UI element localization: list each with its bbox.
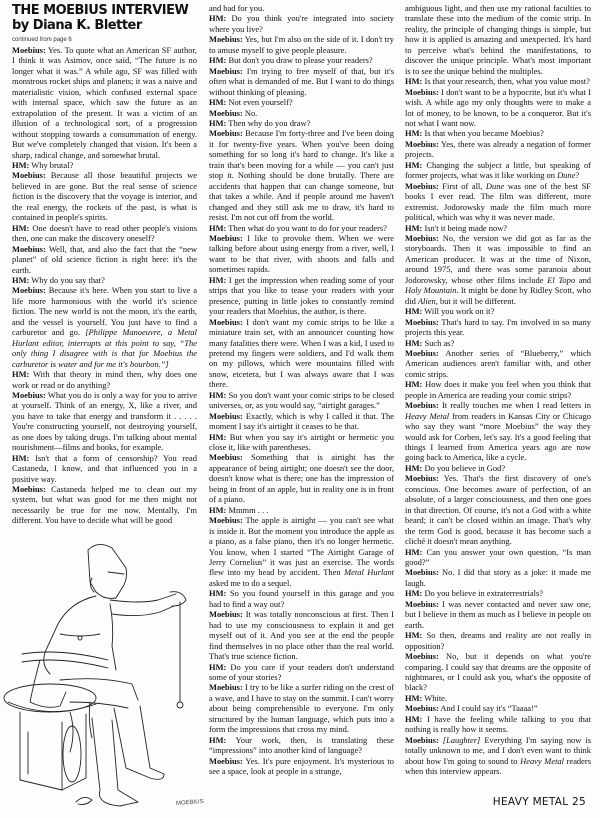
interviewer-question: HM: But when you say it's airtight or he…: [209, 432, 394, 453]
paragraph-text: Is that when you became Moebius?: [422, 128, 543, 138]
speaker-label: Moebius:: [12, 45, 46, 55]
paragraph-text: Then what do you want to do for your rea…: [226, 223, 387, 233]
moebius-answer: Moebius: Well, that, and also the fact t…: [12, 244, 197, 275]
paragraph-text: Can you answer your own question, “Is ma…: [405, 547, 591, 567]
speaker-label: Moebius:: [12, 484, 46, 494]
speaker-label: Moebius:: [209, 609, 243, 619]
speaker-label: HM:: [209, 432, 226, 442]
speaker-label: HM:: [405, 463, 422, 473]
interviewer-question: HM: But don't you draw to please your re…: [209, 55, 394, 65]
column-2: and bad for you.HM: Do you think you're …: [209, 3, 394, 777]
paragraph-text: I have the feeling while talking to you …: [405, 714, 591, 734]
speaker-label: Moebius:: [209, 34, 243, 44]
italic-title: Heavy Metal: [405, 411, 449, 421]
moebius-answer: Moebius: No. I did that story as a joke:…: [405, 567, 591, 588]
moebius-answer: Moebius: First of all, Dune was one of t…: [405, 181, 591, 223]
interviewer-question: HM: Is that your research, then, what yo…: [405, 76, 591, 86]
moebius-answer: Moebius: Yes, there was already a negati…: [405, 139, 591, 160]
paragraph-text: Such as?: [422, 338, 454, 348]
interviewer-question: HM: So then, dreams and reality are not …: [405, 630, 591, 651]
moebius-answer: Moebius: The apple is airtight — you can…: [209, 515, 394, 588]
paragraph-text: Not even yourself?: [226, 97, 292, 107]
italic-title: Metal Hurlant: [344, 567, 394, 577]
column-1: THE MOEBIUS INTERVIEW by Diana K. Blette…: [12, 4, 197, 526]
paragraph-text: White.: [422, 693, 447, 703]
interviewer-question: HM: Will you work on it?: [405, 306, 591, 316]
interviewer-question: HM: One doesn't have to read other peopl…: [12, 223, 197, 244]
speaker-label: Moebius:: [405, 599, 439, 609]
moebius-answer: Moebius: Another series of “Blueberry,” …: [405, 348, 591, 379]
interviewer-question: HM: Do you care if your readers don't un…: [209, 662, 394, 683]
speaker-label: Moebius:: [405, 348, 439, 358]
moebius-answer: Moebius: Because it's here. When you sta…: [12, 285, 197, 369]
interviewer-question: HM: Such as?: [405, 338, 591, 348]
moebius-answer: Moebius: Yes. It's pure enjoyment. It's …: [209, 756, 394, 777]
paragraph-text: Do you care if your readers don't unders…: [209, 662, 394, 682]
interviewer-question: HM: Mmmm . . .: [209, 505, 394, 515]
speaker-label: Moebius:: [209, 108, 243, 118]
speaker-label: HM:: [209, 55, 226, 65]
italic-title: [Laughter]: [443, 735, 481, 745]
column-3: ambiguous light, and then use my rationa…: [405, 3, 591, 777]
moebius-answer: Moebius: Yes, but I'm also on the side o…: [209, 34, 394, 55]
paragraph-text: Will you work on it?: [422, 306, 494, 316]
speaker-label: Moebius:: [209, 66, 243, 76]
speaker-label: Moebius:: [12, 285, 46, 295]
moebius-answer: Moebius: That's hard to say. I'm involve…: [405, 317, 591, 338]
speaker-label: HM:: [405, 160, 422, 170]
paragraph-text: With that theory in mind then, why does …: [12, 369, 197, 389]
italic-title: Heavy Metal: [520, 756, 564, 766]
speaker-label: HM:: [12, 223, 29, 233]
interviewer-question: HM: Why do you say that?: [12, 275, 197, 285]
speaker-label: HM:: [209, 97, 226, 107]
paragraph-text: Why do you say that?: [29, 275, 105, 285]
interviewer-question: HM: I have the feeling while talking to …: [405, 714, 591, 735]
speaker-label: Moebius:: [405, 181, 439, 191]
moebius-answer: Moebius: I try to be like a surfer ridin…: [209, 682, 394, 734]
paragraph-text: Your work, then, is translating these “i…: [209, 735, 394, 755]
speaker-label: HM:: [405, 379, 422, 389]
column-2-text: and bad for you.HM: Do you think you're …: [209, 3, 394, 777]
speaker-label: Moebius:: [405, 473, 439, 483]
speaker-label: HM:: [405, 338, 422, 348]
moebius-answer: Moebius: Castaneda helped me to clean ou…: [12, 484, 197, 526]
speaker-label: Moebius:: [209, 233, 243, 243]
paragraph-text: So you found yourself in this garage and…: [209, 588, 394, 608]
moebius-illustration: [0, 542, 200, 812]
interviewer-question: HM: Isn't it being made now?: [405, 223, 591, 233]
italic-title: Alien: [418, 296, 436, 306]
moebius-answer: Moebius: Because all those beautiful pro…: [12, 170, 197, 222]
continued-paragraph: and bad for you.: [209, 3, 394, 13]
speaker-label: Moebius:: [209, 515, 243, 525]
paragraph-text: I get the impression when reading some o…: [209, 275, 394, 316]
paragraph-text: But don't you draw to please your reader…: [226, 55, 372, 65]
speaker-label: Moebius:: [405, 567, 439, 577]
speaker-label: Moebius:: [405, 233, 439, 243]
paragraph-text: And I could say it's “Taaaa!”: [439, 703, 538, 713]
page-folio: HEAVY METAL 25: [493, 796, 586, 808]
speaker-label: Moebius:: [209, 411, 243, 421]
paragraph-text: Because I'm forty-three and I've been do…: [209, 128, 394, 222]
moebius-answer: Moebius: It really touches me when I rea…: [405, 400, 591, 463]
paragraph-text: I don't want my comic strips to be like …: [209, 317, 394, 390]
paragraph-text: Isn't it being made now?: [422, 223, 507, 233]
interviewer-question: HM: White.: [405, 693, 591, 703]
column-1-text: Moebius: Yes. To quote what an American …: [12, 45, 197, 526]
speaker-label: HM:: [209, 588, 226, 598]
speaker-label: HM:: [405, 588, 422, 598]
interviewer-question: HM: So you don't want your comic strips …: [209, 390, 394, 411]
interviewer-question: HM: Can you answer your own question, “I…: [405, 547, 591, 568]
moebius-answer: Moebius: Yes. That's the first discovery…: [405, 473, 591, 546]
speaker-label: Moebius:: [405, 87, 439, 97]
moebius-answer: Moebius: I don't want my comic strips to…: [209, 317, 394, 390]
speaker-label: HM:: [209, 223, 226, 233]
continued-from-note: continued from page 6: [12, 36, 197, 45]
moebius-answer: Moebius: No, the version we did got as f…: [405, 233, 591, 306]
interviewer-question: HM: Isn't that a form of censorship? You…: [12, 453, 197, 484]
speaker-label: HM:: [405, 693, 422, 703]
article-title: THE MOEBIUS INTERVIEW: [12, 4, 197, 18]
paragraph-text: Mmmm . . .: [226, 505, 268, 515]
interviewer-question: HM: Then what do you want to do for your…: [209, 223, 394, 233]
paragraph-text: ?: [575, 170, 579, 180]
speaker-label: HM:: [209, 390, 226, 400]
moebius-answer: Moebius: I like to provoke them. When we…: [209, 233, 394, 275]
moebius-answer: Moebius: I don't want to be a hypocrite,…: [405, 87, 591, 129]
speaker-label: HM:: [405, 306, 422, 316]
interviewer-question: HM: Your work, then, is translating thes…: [209, 735, 394, 756]
interviewer-question: HM: Not even yourself?: [209, 97, 394, 107]
paragraph-text: No.: [243, 108, 258, 118]
speaker-label: Moebius:: [405, 317, 439, 327]
paragraph-text: First of all,: [439, 181, 486, 191]
speaker-label: HM:: [209, 275, 226, 285]
speaker-label: Moebius:: [405, 735, 439, 745]
magazine-page: THE MOEBIUS INTERVIEW by Diana K. Blette…: [0, 0, 600, 818]
speaker-label: Moebius:: [209, 682, 243, 692]
paragraph-text: , but it will be different.: [436, 296, 516, 306]
moebius-answer: Moebius: [Laughter] Everything I'm sayin…: [405, 735, 591, 777]
speaker-label: HM:: [209, 13, 226, 23]
speaker-label: HM:: [405, 128, 422, 138]
moebius-answer: Moebius: What you do is only a way for y…: [12, 390, 197, 453]
speaker-label: Moebius:: [405, 400, 439, 410]
speaker-label: HM:: [12, 453, 29, 463]
italic-title: El Topo: [547, 275, 575, 285]
speaker-label: Moebius:: [12, 170, 46, 180]
moebius-answer: Moebius: I'm trying to free myself of th…: [209, 66, 394, 97]
paragraph-text: But when you say it's airtight or hermet…: [209, 432, 394, 452]
speaker-label: HM:: [209, 118, 226, 128]
speaker-label: HM:: [209, 505, 226, 515]
speaker-label: HM:: [405, 547, 422, 557]
speaker-label: HM:: [405, 223, 422, 233]
paragraph-text: ambiguous light, and then use my rationa…: [405, 3, 591, 76]
paragraph-text: Do you believe in extraterrestrials?: [422, 588, 543, 598]
paragraph-text: So you don't want your comic strips to b…: [209, 390, 394, 410]
paragraph-text: and bad for you.: [209, 3, 264, 13]
speaker-label: Moebius:: [209, 317, 243, 327]
paragraph-text: So then, dreams and reality are not real…: [405, 630, 591, 650]
continued-paragraph: ambiguous light, and then use my rationa…: [405, 3, 591, 76]
paragraph-text: It really touches me when I read letters…: [439, 400, 591, 410]
speaker-label: HM:: [12, 160, 29, 170]
moebius-answer: Moebius: Something that is airtight has …: [209, 452, 394, 504]
interviewer-question: HM: So you found yourself in this garage…: [209, 588, 394, 609]
interviewer-question: HM: Do you believe in God?: [405, 463, 591, 473]
paragraph-text: asked me to do a sequel.: [209, 578, 291, 588]
interviewer-question: HM: How does it make you feel when you t…: [405, 379, 591, 400]
paragraph-text: Is that your research, then, what you va…: [422, 76, 590, 86]
paragraph-text: Do you believe in God?: [422, 463, 505, 473]
interviewer-question: HM: Is that when you became Moebius?: [405, 128, 591, 138]
interviewer-question: HM: Do you believe in extraterrestrials?: [405, 588, 591, 598]
interviewer-question: HM: Then why do you draw?: [209, 118, 394, 128]
speaker-label: Moebius:: [12, 390, 46, 400]
column-3-text: ambiguous light, and then use my rationa…: [405, 3, 591, 777]
speaker-label: HM:: [405, 630, 422, 640]
interviewer-question: HM: Changing the subject a little, but s…: [405, 160, 591, 181]
paragraph-text: Then why do you draw?: [226, 118, 310, 128]
paragraph-text: Do you think you're integrated into soci…: [209, 13, 394, 33]
speaker-label: HM:: [209, 662, 226, 672]
paragraph-text: One doesn't have to read other people's …: [12, 223, 197, 243]
speaker-label: Moebius:: [209, 756, 243, 766]
speaker-label: HM:: [12, 369, 29, 379]
interviewer-question: HM: Why brutal?: [12, 160, 197, 170]
interviewer-question: HM: Do you think you're integrated into …: [209, 13, 394, 34]
moebius-answer: Moebius: No, but it depends on what you'…: [405, 651, 591, 693]
interviewer-question: HM: With that theory in mind then, why d…: [12, 369, 197, 390]
speaker-label: Moebius:: [12, 244, 46, 254]
moebius-answer: Moebius: Yes. To quote what an American …: [12, 45, 197, 160]
speaker-label: HM:: [405, 76, 422, 86]
moebius-answer: Moebius: And I could say it's “Taaaa!”: [405, 703, 591, 713]
moebius-answer: Moebius: Because I'm forty-three and I'v…: [209, 128, 394, 222]
speaker-label: Moebius:: [209, 128, 243, 138]
speaker-label: HM:: [209, 735, 226, 745]
interviewer-question: HM: I get the impression when reading so…: [209, 275, 394, 317]
speaker-label: Moebius:: [209, 452, 243, 462]
moebius-answer: Moebius: No.: [209, 108, 394, 118]
italic-title: Dune: [486, 181, 504, 191]
speaker-label: HM:: [405, 714, 422, 724]
moebius-answer: Moebius: It was totally nonconscious at …: [209, 609, 394, 661]
speaker-label: HM:: [12, 275, 29, 285]
paragraph-text: Yes. That's the first discovery of one's…: [405, 473, 591, 546]
article-byline: by Diana K. Bletter: [12, 18, 197, 33]
paragraph-text: Isn't that a form of censorship? You rea…: [12, 453, 197, 484]
paragraph-text: How does it make you feel when you think…: [405, 379, 591, 399]
paragraph-text: Why brutal?: [29, 160, 73, 170]
speaker-label: Moebius:: [405, 651, 439, 661]
paragraph-text: and: [575, 275, 591, 285]
italic-title: Dune: [557, 170, 575, 180]
speaker-label: Moebius:: [405, 139, 439, 149]
moebius-answer: Moebius: Exactly, which is why I called …: [209, 411, 394, 432]
italic-title: Holy Mountain: [405, 285, 457, 295]
moebius-answer: Moebius: I was never contacted and never…: [405, 599, 591, 630]
speaker-label: Moebius:: [405, 703, 439, 713]
paragraph-text: Yes. To quote what an American SF author…: [12, 45, 197, 160]
